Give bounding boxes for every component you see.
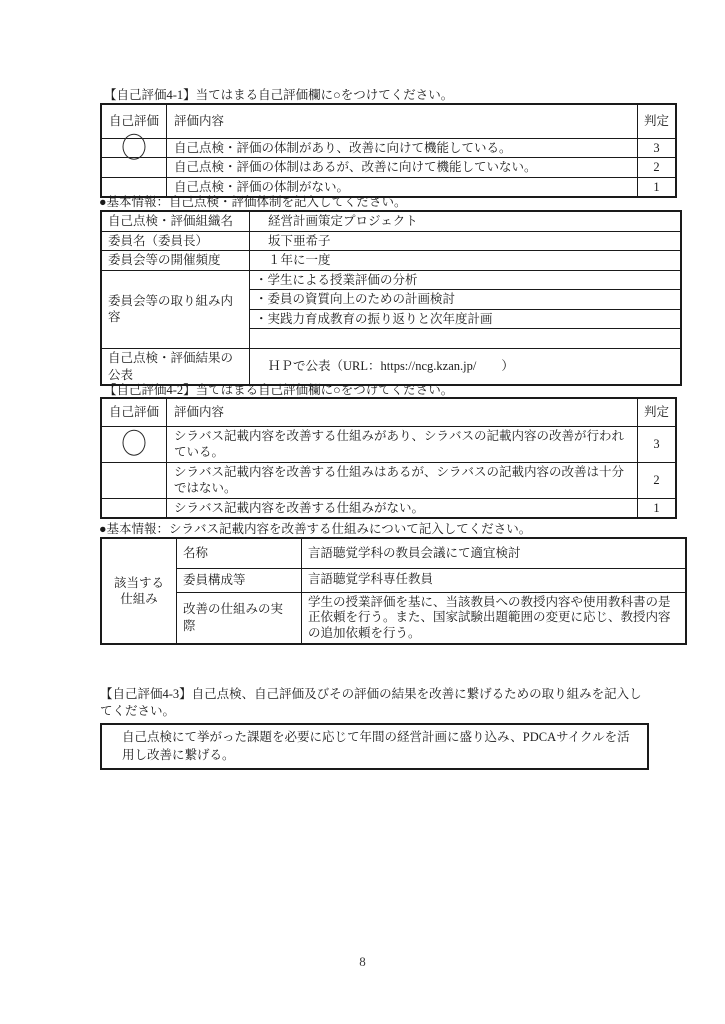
table-row: 自己点検・評価組織名 経営計画策定プロジェクト [101,211,681,231]
rating-cell: 2 [638,158,677,178]
activities-label-cell: 委員会等の取り組み内容 [101,270,250,349]
publication-value-cell: ＨＰで公表（URL：https://ncg.kzan.jp/ ） [250,349,682,386]
self-eval-cell [101,498,167,518]
activity-item: ・実践力育成教育の振り返りと次年度計画 [250,309,682,329]
col-header-rating: 判定 [638,398,677,426]
table-row: 委員構成等 言語聴覚学科専任教員 [101,568,686,592]
activity-item: ・学生による授業評価の分析 [250,270,682,290]
table-header-row: 自己評価 評価内容 判定 [101,398,676,426]
info-value-cell: 坂下亜希子 [250,231,682,251]
rating-cell: 2 [638,462,677,498]
info-value-cell: １年に一度 [250,251,682,271]
table-row: 自己点検・評価結果の公表 ＨＰで公表（URL：https://ncg.kzan.… [101,349,681,386]
activity-item-empty [250,329,682,349]
mechanism-value-cell: 言語聴覚学科専任教員 [302,568,687,592]
mechanism-label-cell: 改善の仕組みの実際 [177,592,302,644]
col-header-content: 評価内容 [167,104,638,138]
table-row: 委員名（委員長） 坂下亜希子 [101,231,681,251]
activity-item: ・委員の資質向上のための計画検討 [250,290,682,310]
col-header-content: 評価内容 [167,398,638,426]
mechanism-label-cell: 委員構成等 [177,568,302,592]
section-4-3-title: 【自己評価4-3】自己点検、自己評価及びその評価の結果を改善に繋げるための取り組… [100,686,649,719]
table-row: シラバス記載内容を改善する仕組みがない。 1 [101,498,676,518]
basic-info-2-label: ●基本情報：シラバス記載内容を改善する仕組みについて記入してください。 [99,521,659,538]
col-header-rating: 判定 [638,104,677,138]
document-page: 【自己評価4-1】当てはまる自己評価欄に○をつけてください。 自己評価 評価内容… [0,0,725,1024]
mechanism-label-cell: 名称 [177,538,302,568]
info-label-cell: 委員会等の開催頻度 [101,251,250,271]
basic-info-1-label: ●基本情報：自己点検・評価体制を記入してください。 [99,194,659,211]
section-4-1-title: 【自己評価4-1】当てはまる自己評価欄に○をつけてください。 [104,87,649,104]
self-eval-cell [101,138,167,158]
basic-info-1-table: 自己点検・評価組織名 経営計画策定プロジェクト 委員名（委員長） 坂下亜希子 委… [100,210,682,386]
self-eval-4-1-table: 自己評価 評価内容 判定 自己点検・評価の体制があり、改善に向けて機能している。… [100,103,677,198]
mechanism-value-cell: 学生の授業評価を基に、当該教員への教授内容や使用教科書の是正依頼を行う。また、国… [302,592,687,644]
table-row: 改善の仕組みの実際 学生の授業評価を基に、当該教員への教授内容や使用教科書の是正… [101,592,686,644]
info-label-cell: 委員名（委員長） [101,231,250,251]
rating-cell: 3 [638,426,677,462]
table-row: 該当する仕組み 名称 言語聴覚学科の教員会議にて適宜検討 [101,538,686,568]
selected-circle-mark [123,430,146,456]
eval-content-cell: シラバス記載内容を改善する仕組みがない。 [167,498,638,518]
publication-label-cell: 自己点検・評価結果の公表 [101,349,250,386]
mechanism-value-cell: 言語聴覚学科の教員会議にて適宜検討 [302,538,687,568]
selected-circle-mark [123,133,146,159]
mechanism-group-label-cell: 該当する仕組み [101,538,177,644]
improvement-initiatives-box: 自己点検にて挙がった課題を必要に応じて年間の経営計画に盛り込み、PDCAサイクル… [100,723,649,770]
rating-cell: 3 [638,138,677,158]
info-label-cell: 自己点検・評価組織名 [101,211,250,231]
mechanism-table: 該当する仕組み 名称 言語聴覚学科の教員会議にて適宜検討 委員構成等 言語聴覚学… [100,537,687,645]
table-row: 委員会等の開催頻度 １年に一度 [101,251,681,271]
table-row: 自己点検・評価の体制はあるが、改善に向けて機能していない。 2 [101,158,676,178]
table-row: 委員会等の取り組み内容 ・学生による授業評価の分析 [101,270,681,290]
eval-content-cell: 自己点検・評価の体制はあるが、改善に向けて機能していない。 [167,158,638,178]
eval-content-cell: シラバス記載内容を改善する仕組みがあり、シラバスの記載内容の改善が行われている。 [167,426,638,462]
rating-cell: 1 [638,498,677,518]
table-row: シラバス記載内容を改善する仕組みがあり、シラバスの記載内容の改善が行われている。… [101,426,676,462]
table-row: 自己点検・評価の体制があり、改善に向けて機能している。 3 [101,138,676,158]
eval-content-cell: シラバス記載内容を改善する仕組みはあるが、シラバスの記載内容の改善は十分ではない… [167,462,638,498]
self-eval-cell [101,462,167,498]
self-eval-cell [101,158,167,178]
self-eval-cell [101,426,167,462]
page-number: 8 [0,953,725,970]
info-value-cell: 経営計画策定プロジェクト [250,211,682,231]
table-header-row: 自己評価 評価内容 判定 [101,104,676,138]
col-header-self-eval: 自己評価 [101,398,167,426]
self-eval-4-2-table: 自己評価 評価内容 判定 シラバス記載内容を改善する仕組みがあり、シラバスの記載… [100,397,677,519]
eval-content-cell: 自己点検・評価の体制があり、改善に向けて機能している。 [167,138,638,158]
table-row: シラバス記載内容を改善する仕組みはあるが、シラバスの記載内容の改善は十分ではない… [101,462,676,498]
